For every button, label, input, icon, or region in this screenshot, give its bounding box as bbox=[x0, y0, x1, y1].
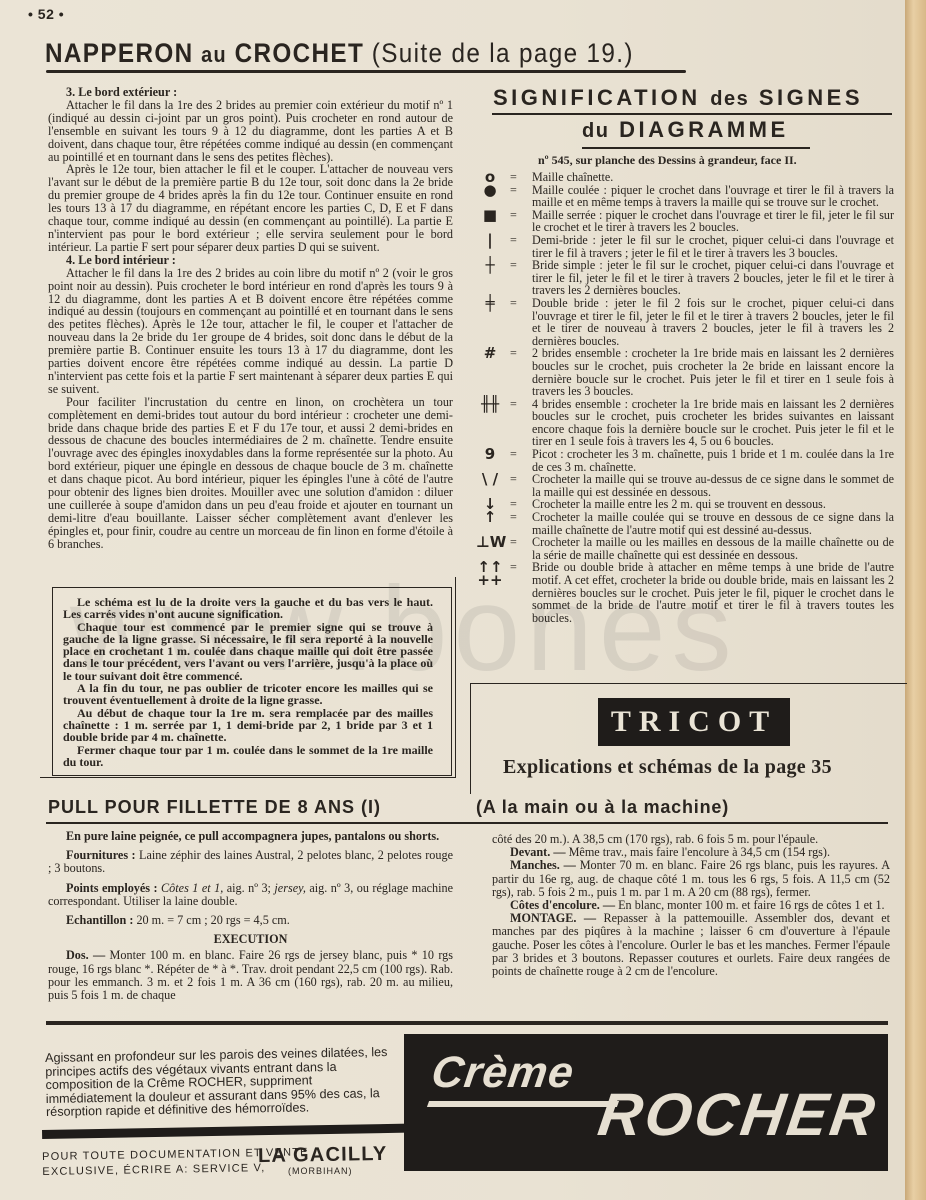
legend-description: Bride ou double bride à attacher en même… bbox=[532, 560, 894, 624]
note-paragraph-2: Chaque tour est commencé par le premier … bbox=[63, 621, 433, 682]
tricot-banner: TRICOT bbox=[598, 698, 790, 746]
pull-echantillon: Echantillon : 20 m. = 7 cm ; 20 rgs = 4,… bbox=[48, 914, 453, 927]
title-napperon: NAPPERON bbox=[45, 38, 194, 68]
legend-title-rule-2 bbox=[582, 147, 810, 149]
page-number: • 52 • bbox=[28, 6, 64, 22]
equals-sign: = bbox=[510, 234, 517, 247]
legend-description: 2 brides ensemble : crocheter la 1re bri… bbox=[532, 346, 894, 398]
legend-row: ╫╫=4 brides ensemble : crocheter la 1re … bbox=[476, 398, 894, 448]
four-dc-together-icon: ╫╫ bbox=[476, 398, 504, 411]
legend-row: ■=Maille serrée : piquer le crochet dans… bbox=[476, 209, 894, 234]
title-underline bbox=[46, 70, 686, 73]
points-needle: aig. nº 3; bbox=[227, 881, 271, 895]
section-4-paragraph-1: Attacher le fil dans la 1re des 2 brides… bbox=[48, 267, 453, 396]
legend-row: \ /=Crocheter la maille qui se trouve au… bbox=[476, 473, 894, 498]
slip-stitch-icon: ● bbox=[476, 184, 504, 197]
pull-title: PULL POUR FILLETTE DE 8 ANS (I) bbox=[48, 797, 381, 818]
page-title: NAPPERON au CROCHET (Suite de la page 19… bbox=[45, 38, 630, 69]
join-slip-stitch-icon: ↑ bbox=[476, 511, 504, 524]
creme-rocher-logo: Crème ROCHER bbox=[404, 1034, 888, 1171]
equals-sign: = bbox=[510, 297, 517, 310]
equals-sign: = bbox=[510, 473, 517, 486]
legend-description: Maille serrée : piquer le crochet dans l… bbox=[532, 208, 894, 235]
legend-row: ╪=Double bride : jeter le fil 2 fois sur… bbox=[476, 297, 894, 347]
pull-fournitures: Fournitures : Laine zéphir des laines Au… bbox=[48, 849, 453, 875]
equals-sign: = bbox=[510, 259, 517, 272]
title-suite: (Suite de la page 19.) bbox=[372, 38, 634, 68]
section-4-paragraph-2: Pour faciliter l'incrustation du centre … bbox=[48, 396, 453, 551]
equals-sign: = bbox=[510, 184, 517, 197]
equals-sign: = bbox=[510, 209, 517, 222]
equals-sign: = bbox=[510, 536, 517, 549]
equals-sign: = bbox=[510, 561, 517, 574]
legend-row: ↑↑ ++=Bride ou double bride à attacher e… bbox=[476, 561, 894, 624]
legend-row: 9=Picot : crocheter les 3 m. chaînette, … bbox=[476, 448, 894, 473]
title-au: au bbox=[201, 42, 227, 67]
cotes-label: Côtes d'encolure. — bbox=[510, 898, 615, 912]
note-paragraph-3: A la fin du tour, ne pas oublier de tric… bbox=[63, 682, 433, 707]
equals-sign: = bbox=[510, 398, 517, 411]
legend-title-du: du bbox=[582, 120, 609, 142]
advert-body: Agissant en profondeur sur les parois de… bbox=[45, 1046, 389, 1120]
logo-creme: Crème bbox=[428, 1048, 577, 1098]
legend-title-des: des bbox=[710, 88, 749, 110]
treble-crochet-icon: ╪ bbox=[476, 297, 504, 310]
pull-subtitle: (A la main ou à la machine) bbox=[476, 797, 729, 818]
legend-title-line-2: du DIAGRAMME bbox=[582, 117, 789, 143]
join-bride-icon: ↑↑ ++ bbox=[476, 561, 504, 587]
two-dc-together-icon: # bbox=[476, 347, 504, 360]
equals-sign: = bbox=[510, 511, 517, 524]
legend-title-rule-1 bbox=[492, 113, 892, 115]
pull-title-rule bbox=[46, 822, 888, 824]
pull-dos: Dos. — Monter 100 m. en blanc. Faire 26 … bbox=[48, 949, 453, 1002]
napperon-instructions: 3. Le bord extérieur : Attacher le fil d… bbox=[48, 86, 453, 551]
legend-title-diagramme: DIAGRAMME bbox=[619, 117, 789, 142]
legend-row: ┼=Bride simple : jeter le fil sur le cro… bbox=[476, 259, 894, 297]
advert-region: (MORBIHAN) bbox=[288, 1166, 353, 1176]
devant-label: Devant. — bbox=[510, 845, 566, 859]
dos-text: Monter 100 m. en blanc. Faire 26 rgs de … bbox=[48, 948, 453, 1002]
legend-title-line-1: SIGNIFICATION des SIGNES bbox=[493, 85, 863, 111]
legend-description: Bride simple : jeter le fil sur le croch… bbox=[532, 258, 894, 297]
half-double-crochet-icon: | bbox=[476, 234, 504, 247]
title-crochet: CROCHET bbox=[235, 38, 365, 68]
pull-instructions-left: En pure laine peignée, ce pull accompagn… bbox=[48, 830, 453, 1008]
cotes-text: En blanc, monter 100 m. et faire 16 rgs … bbox=[618, 898, 884, 912]
legend-description: Maille coulée : piquer le crochet dans l… bbox=[532, 183, 894, 210]
legend-subtitle: nº 545, sur planche des Dessins à grande… bbox=[538, 153, 797, 168]
pull-points: Points employés : Côtes 1 et 1, aig. nº … bbox=[48, 882, 453, 908]
fournitures-label: Fournitures : bbox=[66, 848, 136, 862]
echantillon-label: Echantillon : bbox=[66, 913, 133, 927]
book-spine bbox=[905, 0, 926, 1200]
diagram-reading-note: Le schéma est lu de la droite vers la ga… bbox=[52, 587, 452, 776]
note-paragraph-1: Le schéma est lu de la droite vers la ga… bbox=[63, 596, 433, 621]
montage-label: MONTAGE. — bbox=[510, 911, 596, 925]
execution-heading: EXECUTION bbox=[48, 933, 453, 946]
stitch-symbol-legend: o=Maille chaînette.●=Maille coulée : piq… bbox=[476, 171, 894, 624]
dos-label: Dos. — bbox=[66, 948, 105, 962]
devant-text: Même trav., mais faire l'encolure à 34,5… bbox=[569, 845, 830, 859]
note-paragraph-5: Fermer chaque tour par 1 m. coulée dans … bbox=[63, 744, 433, 769]
section-3-paragraph-1: Attacher le fil dans la 1re des 2 brides… bbox=[48, 99, 453, 164]
equals-sign: = bbox=[510, 347, 517, 360]
logo-rocher: ROCHER bbox=[594, 1080, 882, 1149]
legend-description: Picot : crocheter les 3 m. chaînette, pu… bbox=[532, 447, 894, 474]
picot-icon: 9 bbox=[476, 448, 504, 461]
legend-title-signes: SIGNES bbox=[759, 85, 863, 110]
legend-row: ●=Maille coulée : piquer le crochet dans… bbox=[476, 184, 894, 209]
tricot-reference: Explications et schémas de la page 35 bbox=[503, 756, 832, 779]
pull-intro: En pure laine peignée, ce pull accompagn… bbox=[48, 830, 453, 843]
legend-description: Crocheter la maille ou les mailles en de… bbox=[532, 535, 894, 562]
section-3-heading: 3. Le bord extérieur : bbox=[48, 86, 453, 99]
advert-location: LA GACILLY bbox=[258, 1143, 388, 1168]
legend-description: Double bride : jeter le fil 2 fois sur l… bbox=[532, 296, 894, 348]
stitch-under-chain-icon: ⊥W bbox=[476, 536, 504, 549]
pull-instructions-right: côté des 20 m.). A 38,5 cm (170 rgs), ra… bbox=[492, 833, 890, 978]
section-4-heading: 4. Le bord intérieur : bbox=[48, 254, 453, 267]
manches-label: Manches. — bbox=[510, 858, 576, 872]
legend-description: Crocheter la maille qui se trouve au-des… bbox=[532, 472, 894, 499]
legend-description: Demi-bride : jeter le fil sur le crochet… bbox=[532, 233, 894, 260]
single-crochet-icon: ■ bbox=[476, 209, 504, 222]
legend-row: |=Demi-bride : jeter le fil sur le croch… bbox=[476, 234, 894, 259]
echantillon-text: 20 m. = 7 cm ; 20 rgs = 4,5 cm. bbox=[136, 913, 289, 927]
equals-sign: = bbox=[510, 448, 517, 461]
legend-row: #=2 brides ensemble : crocheter la 1re b… bbox=[476, 347, 894, 397]
points-jersey: jersey, bbox=[274, 881, 305, 895]
points-label: Points employés : bbox=[66, 881, 158, 895]
legend-description: 4 brides ensemble : crocheter la 1re bri… bbox=[532, 397, 894, 449]
legend-description: Crocheter la maille coulée qui se trouve… bbox=[532, 510, 894, 537]
double-crochet-icon: ┼ bbox=[476, 259, 504, 272]
points-cotes: Côtes 1 et 1, bbox=[161, 881, 223, 895]
pull-manches: Manches. — Monter 70 m. en blanc. Faire … bbox=[492, 859, 890, 899]
legend-row: ↑=Crocheter la maille coulée qui se trou… bbox=[476, 511, 894, 536]
equals-sign: = bbox=[510, 171, 517, 184]
logo-swash bbox=[427, 1101, 619, 1107]
pull-montage: MONTAGE. — Repasser à la pattemouille. A… bbox=[492, 912, 890, 978]
legend-row: ⊥W=Crocheter la maille ou les mailles en… bbox=[476, 536, 894, 561]
legend-title-signification: SIGNIFICATION bbox=[493, 85, 701, 110]
note-paragraph-4: Au début de chaque tour la 1re m. sera r… bbox=[63, 707, 433, 744]
section-3-paragraph-2: Après le 12e tour, bien attacher le fil … bbox=[48, 163, 453, 253]
advert-separator bbox=[46, 1021, 888, 1025]
stitch-into-top-icon: \ / bbox=[476, 473, 504, 486]
